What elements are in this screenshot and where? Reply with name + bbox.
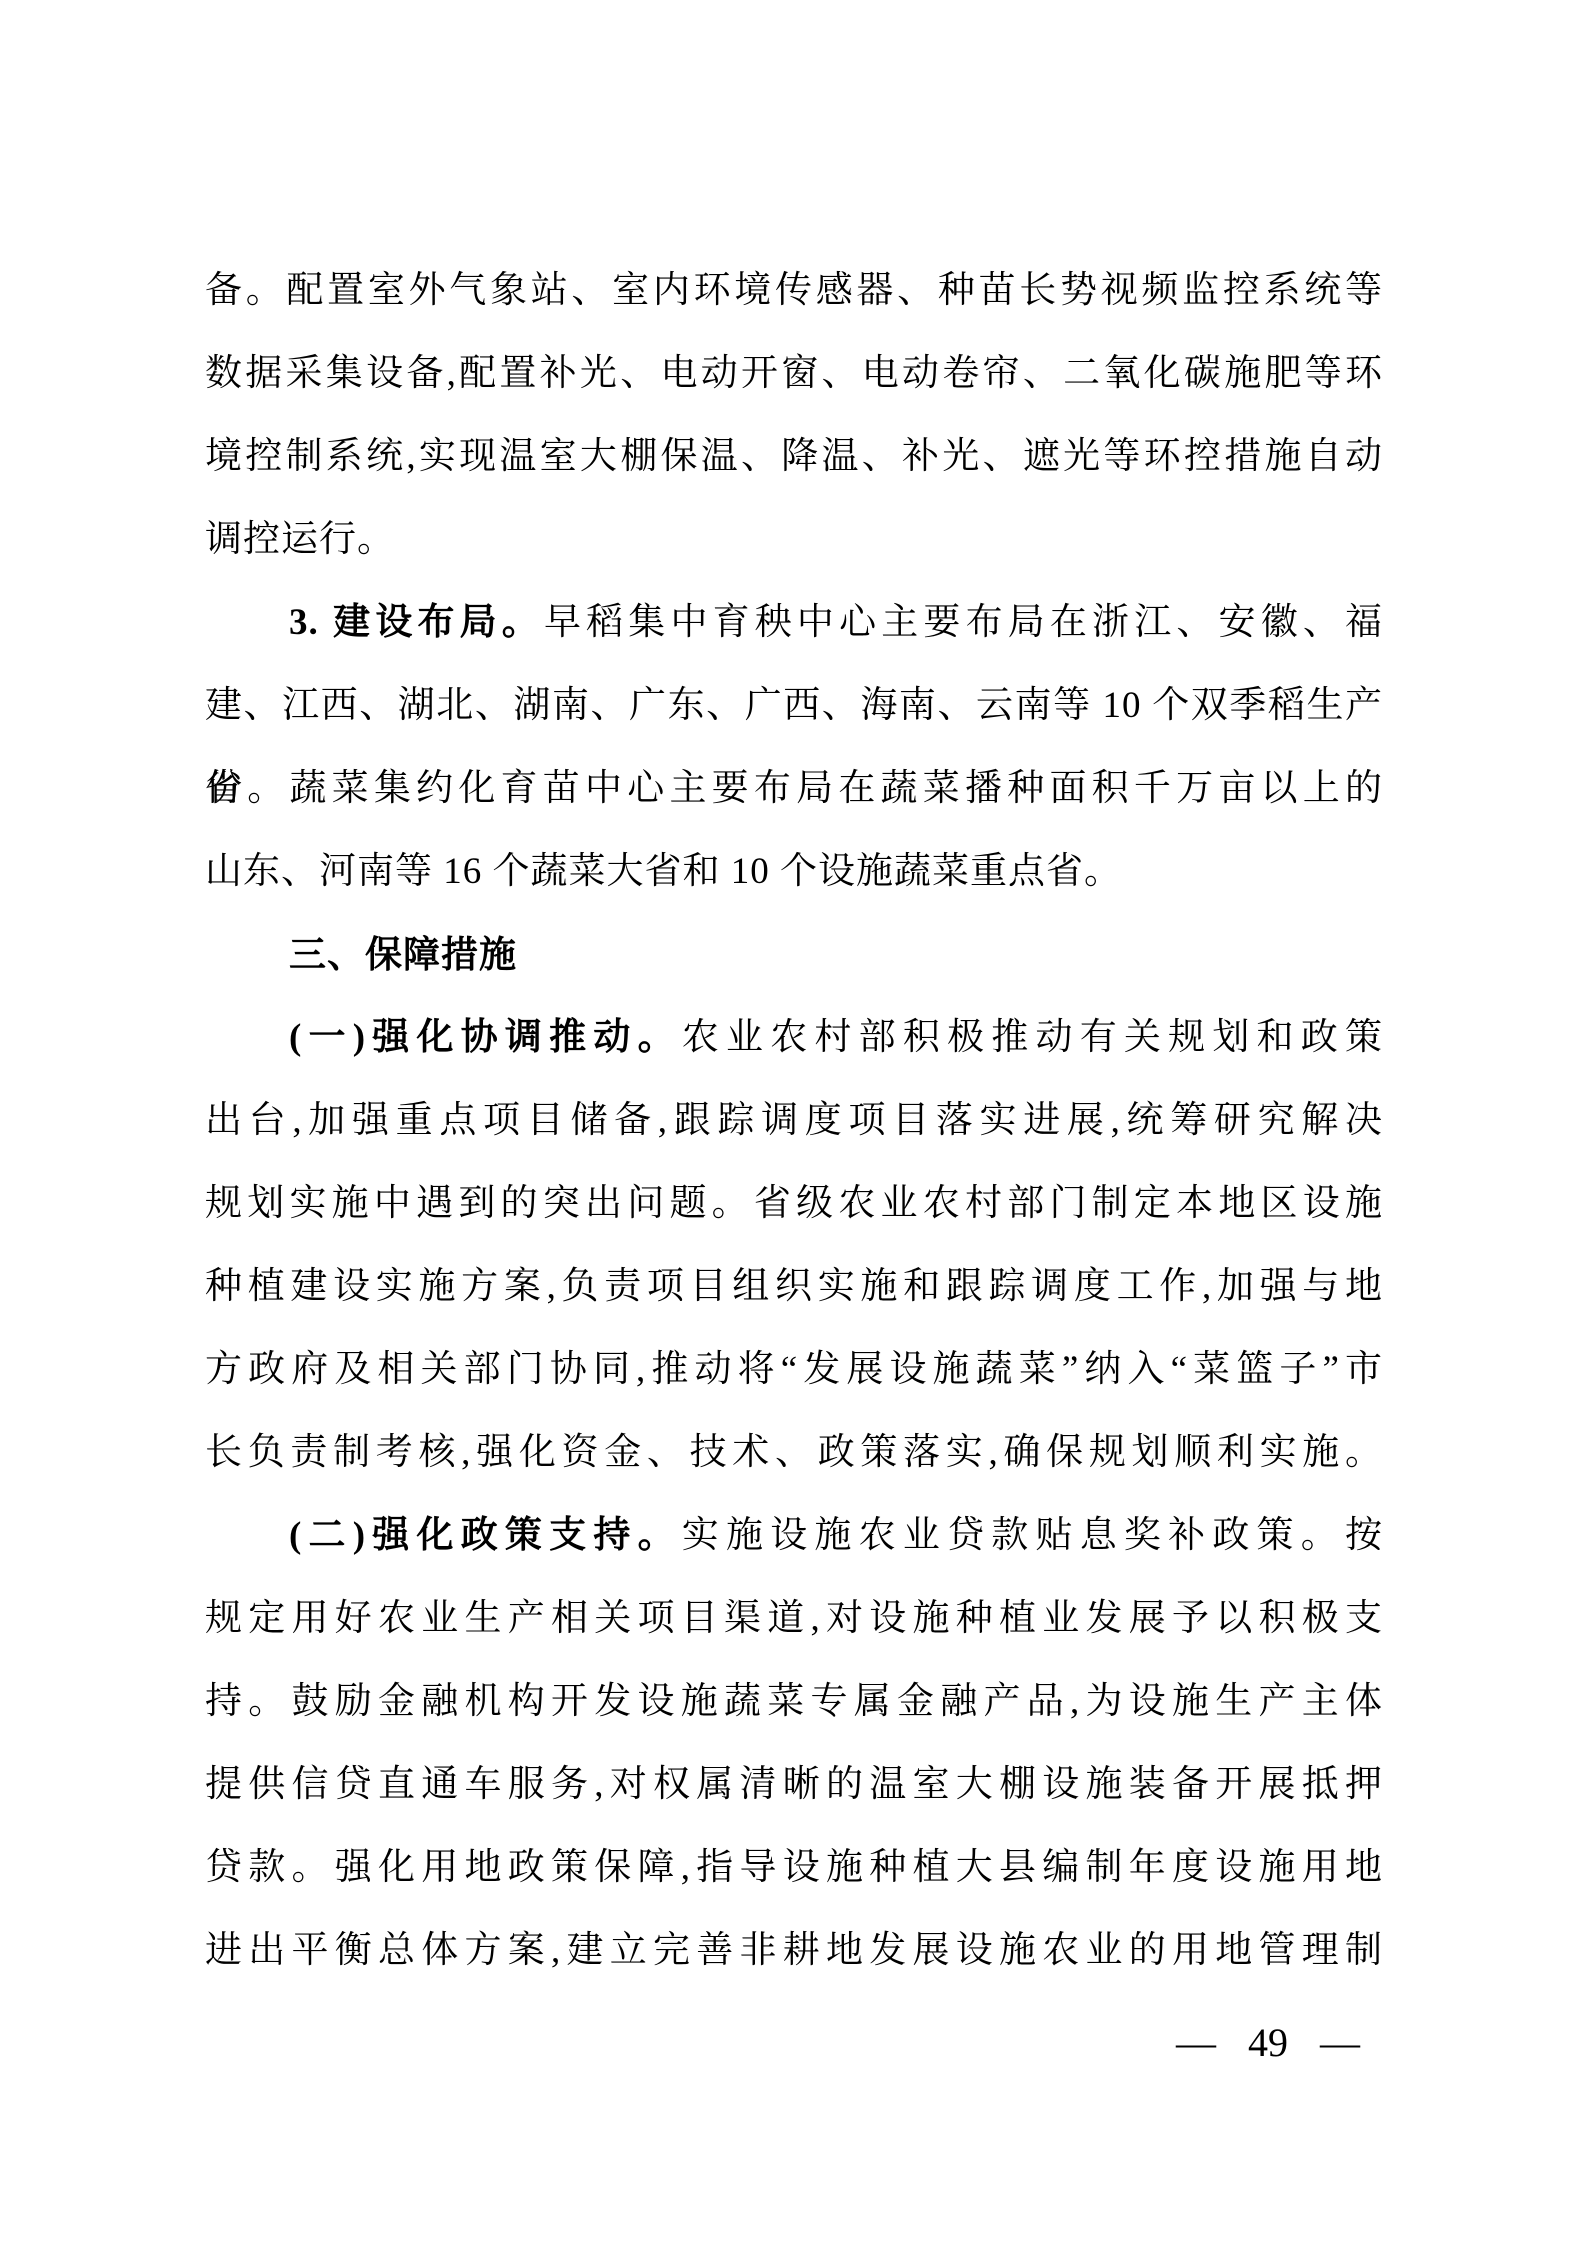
text-line: 备。配置室外气象站、室内环境传感器、种苗长势视频监控系统等 — [205, 249, 1383, 332]
text-run: 方政府及相关部门协同,推动将“发展设施蔬菜”纳入“菜篮子”市 — [205, 1349, 1383, 1390]
text-run: 山东、河南等 16 个蔬菜大省和 10 个设施蔬菜重点省。 — [205, 851, 1122, 892]
text-run: 实施设施农业贷款贴息奖补政策。按 — [682, 1515, 1383, 1556]
text-line: 持。鼓励金融机构开发设施蔬菜专属金融产品,为设施生产主体 — [205, 1660, 1383, 1743]
text-run: 数据采集设备,配置补光、电动开窗、电动卷帘、二氧化碳施肥等环 — [205, 353, 1383, 394]
text-run: 持。鼓励金融机构开发设施蔬菜专属金融产品,为设施生产主体 — [205, 1681, 1383, 1722]
text-line: 方政府及相关部门协同,推动将“发展设施蔬菜”纳入“菜篮子”市 — [205, 1328, 1383, 1411]
text-run: 调控运行。 — [205, 519, 395, 560]
text-run: 规定用好农业生产相关项目渠道,对设施种植业发展予以积极支 — [205, 1598, 1383, 1639]
text-line: 三、保障措施 — [205, 913, 1383, 996]
text-run: 农业农村部积极推动有关规划和政策 — [682, 1017, 1383, 1058]
text-line: 山东、河南等 16 个蔬菜大省和 10 个设施蔬菜重点省。 — [205, 830, 1383, 913]
text-line: 长负责制考核,强化资金、技术、政策落实,确保规划顺利实施。 — [205, 1411, 1383, 1494]
text-run: 早稻集中育秧中心主要布局在浙江、安徽、福 — [544, 602, 1383, 643]
text-line: 提供信贷直通车服务,对权属清晰的温室大棚设施装备开展抵押 — [205, 1743, 1383, 1826]
text-line: 进出平衡总体方案,建立完善非耕地发展设施农业的用地管理制 — [205, 1909, 1383, 1992]
text-run: 份。蔬菜集约化育苗中心主要布局在蔬菜播种面积千万亩以上的 — [205, 768, 1383, 809]
text-line: 规划实施中遇到的突出问题。省级农业农村部门制定本地区设施 — [205, 1162, 1383, 1245]
document-page: 备。配置室外气象站、室内环境传感器、种苗长势视频监控系统等数据采集设备,配置补光… — [0, 0, 1587, 2245]
text-line: 境控制系统,实现温室大棚保温、降温、补光、遮光等环控措施自动 — [205, 415, 1383, 498]
text-line: 调控运行。 — [205, 498, 1383, 581]
text-line: 份。蔬菜集约化育苗中心主要布局在蔬菜播种面积千万亩以上的 — [205, 747, 1383, 830]
text-line: (二)强化政策支持。实施设施农业贷款贴息奖补政策。按 — [205, 1494, 1383, 1577]
bold-heading-run: 3. 建设布局。 — [289, 602, 544, 643]
text-line: 3. 建设布局。早稻集中育秧中心主要布局在浙江、安徽、福 — [205, 581, 1383, 664]
text-line: 贷款。强化用地政策保障,指导设施种植大县编制年度设施用地 — [205, 1826, 1383, 1909]
text-run: 境控制系统,实现温室大棚保温、降温、补光、遮光等环控措施自动 — [205, 436, 1383, 477]
page-footer: — 49 — — [1176, 2018, 1360, 2068]
text-line: 建、江西、湖北、湖南、广东、广西、海南、云南等 10 个双季稻生产省 — [205, 664, 1383, 747]
bold-heading-run: (一)强化协调推动。 — [289, 1017, 682, 1058]
text-run: 进出平衡总体方案,建立完善非耕地发展设施农业的用地管理制 — [205, 1930, 1383, 1971]
page-number: 49 — [1248, 2020, 1288, 2065]
text-run: 长负责制考核,强化资金、技术、政策落实,确保规划顺利实施。 — [205, 1432, 1383, 1473]
text-line: 规定用好农业生产相关项目渠道,对设施种植业发展予以积极支 — [205, 1577, 1383, 1660]
text-run: 贷款。强化用地政策保障,指导设施种植大县编制年度设施用地 — [205, 1847, 1383, 1888]
bold-heading-run: 三、保障措施 — [289, 934, 517, 975]
document-body: 备。配置室外气象站、室内环境传感器、种苗长势视频监控系统等数据采集设备,配置补光… — [205, 249, 1383, 1992]
text-line: 数据采集设备,配置补光、电动开窗、电动卷帘、二氧化碳施肥等环 — [205, 332, 1383, 415]
text-line: 种植建设实施方案,负责项目组织实施和跟踪调度工作,加强与地 — [205, 1245, 1383, 1328]
text-line: 出台,加强重点项目储备,跟踪调度项目落实进展,统筹研究解决 — [205, 1079, 1383, 1162]
text-run: 备。配置室外气象站、室内环境传感器、种苗长势视频监控系统等 — [205, 270, 1383, 311]
bold-heading-run: (二)强化政策支持。 — [289, 1515, 682, 1556]
text-line: (一)强化协调推动。农业农村部积极推动有关规划和政策 — [205, 996, 1383, 1079]
text-run: 种植建设实施方案,负责项目组织实施和跟踪调度工作,加强与地 — [205, 1266, 1383, 1307]
text-run: 规划实施中遇到的突出问题。省级农业农村部门制定本地区设施 — [205, 1183, 1383, 1224]
footer-dash-left: — — [1176, 2020, 1216, 2065]
text-run: 提供信贷直通车服务,对权属清晰的温室大棚设施装备开展抵押 — [205, 1764, 1383, 1805]
footer-dash-right: — — [1320, 2020, 1360, 2065]
text-run: 出台,加强重点项目储备,跟踪调度项目落实进展,统筹研究解决 — [205, 1100, 1383, 1141]
